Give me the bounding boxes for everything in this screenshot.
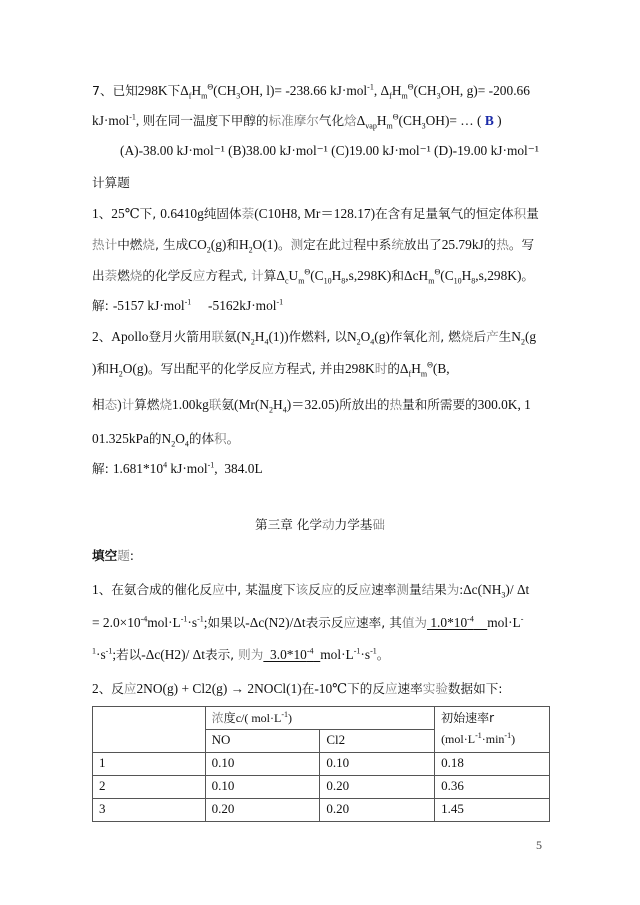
fill-q1-line1: 1、在氨合成的催化反应中, 某温度下该反应的反应速率测量结果为:Δc(NH3)/… [92, 581, 529, 599]
chapter-title: 第三章 化学动力学基础 [0, 516, 640, 534]
subheader-no: NO [205, 730, 320, 753]
answer-blank-2: 3.0*10-4 [263, 647, 320, 662]
rate-unit: (mol·L-1·min-1) [435, 730, 550, 753]
rate-data-table: 浓度c/( mol·L-1) 初始速率r NO Cl2 (mol·L-1·min… [92, 706, 550, 822]
q7-line1: 7、已知298K下ΔfHmΘ(CH3OH, l)= -238.66 kJ·mol… [92, 82, 530, 100]
calc-p1-solution: 解: -5157 kJ·mol-1 -5162kJ·mol-1 [92, 297, 283, 315]
subheader-cl2: Cl2 [320, 730, 435, 753]
fill-q1-line2: = 2.0×10-4mol·L-1·s-1;如果以-Δc(N2)/Δt表示反应速… [92, 614, 523, 632]
q7-line2: kJ·mol-1, 则在同一温度下甲醇的标准摩尔气化焓ΔvapHmΘ(CH3OH… [92, 112, 502, 130]
q7-prefix: 7、已知 [92, 83, 138, 98]
q7-answer: B [485, 113, 494, 128]
conc-header: 浓度c/( mol·L-1) [205, 707, 434, 730]
rate-header: 初始速率r [435, 707, 550, 730]
calc-p2-line3: 相态)计算燃烧1.00kg联氨(Mr(N2H4)＝32.05)所放出的热量和所需… [92, 396, 531, 414]
q7-options: (A)-38.00 kJ·mol⁻¹ (B)38.00 kJ·mol⁻¹ (C)… [120, 142, 539, 160]
fill-q1-line3: 1·s-1;若以-Δc(H2)/ Δt表示, 则为 3.0*10-4 mol·L… [92, 646, 389, 664]
table-corner-cell [93, 707, 206, 753]
calc-p1-line1: 1、25℃下, 0.6410g纯固体萘(C10H8, Mr＝128.17)在含有… [92, 205, 539, 223]
table-header-row-1: 浓度c/( mol·L-1) 初始速率r [93, 707, 550, 730]
table-row: 1 0.10 0.10 0.18 [93, 753, 550, 776]
calc-p1-line3: 出萘燃烧的化学反应方程式, 计算ΔcUmΘ(C10H8,s,298K)和ΔcHm… [92, 267, 534, 285]
table-row: 2 0.10 0.20 0.36 [93, 776, 550, 799]
calc-p2-line1: 2、Apollo登月火箭用联氨(N2H4(1))作燃料, 以N2O4(g)作氧化… [92, 328, 536, 346]
calc-p1-line2: 热计中燃烧, 生成CO2(g)和H2O(1)。测定在此过程中系统放出了25.79… [92, 236, 534, 254]
calc-p2-line4: 01.325kPa的N2O4的体积。 [92, 430, 239, 448]
answer-blank-1: 1.0*10-4 [427, 615, 487, 630]
fill-q2-intro: 2、反应2NO(g) + Cl2(g) → 2NOCl(1)在-10℃下的反应速… [92, 680, 503, 698]
page-number: 5 [536, 838, 542, 853]
calc-heading: 计算题 [92, 174, 130, 192]
fill-heading: 填空题: [92, 547, 134, 565]
formula-dfhm-liquid: ΔfHmΘ(CH3OH, l)= -238.66 kJ·mol-1, ΔfHmΘ… [180, 83, 530, 98]
calc-p2-line2: )和H2O(g)。写出配平的化学反应方程式, 并由298K时的ΔfHmΘ(B, [92, 360, 450, 378]
table-row: 3 0.20 0.20 1.45 [93, 799, 550, 822]
calc-p2-solution: 解: 1.681*104 kJ·mol-1, 384.0L [92, 460, 263, 478]
